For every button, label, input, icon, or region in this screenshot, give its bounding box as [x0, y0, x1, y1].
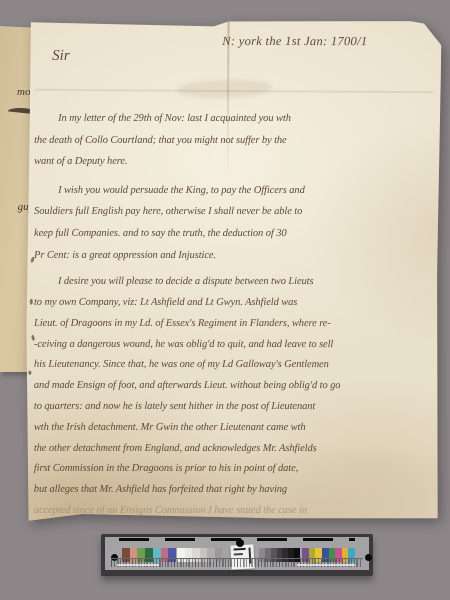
letter-line: want of a Deputy here.	[34, 156, 436, 178]
letter-line: accepted since of an Ensigns Commission …	[34, 505, 436, 526]
letter-line: -ceiving a dangerous wound, he was oblig…	[34, 338, 436, 359]
letter-paragraph: In my letter of the 29th of Nov: last I …	[34, 113, 436, 178]
letter-line: the other detachment from England, and a…	[34, 442, 436, 463]
letter-paragraph: I desire you will please to decide a dis…	[34, 276, 436, 526]
letter-dateline: N: york the 1st Jan: 1700/1	[222, 34, 367, 49]
letter-line: In my letter of the 29th of Nov: last I …	[34, 113, 436, 135]
bar-micro-text-left	[117, 564, 159, 566]
letter-line: I wish you would persuade the King, to p…	[34, 185, 436, 207]
letter-line: I desire you will please to decide a dis…	[34, 276, 436, 297]
letter-line: keep full Companies. and to say the trut…	[34, 228, 436, 250]
letter-line: wth the Irish detachment. Mr Gwin the ot…	[34, 422, 436, 443]
letter-line: Lieut. of Dragoons in my Ld. of Essex's …	[34, 318, 436, 339]
letter-handwriting: N: york the 1st Jan: 1700/1 Sir In my le…	[26, 20, 440, 522]
main-letter-sheet: N: york the 1st Jan: 1700/1 Sir In my le…	[26, 20, 440, 522]
letter-line: his Lieutenancy. Since that, he was one …	[34, 359, 436, 380]
letter-line: the death of Collo Courtland; that you m…	[34, 134, 436, 156]
letter-paper: N: york the 1st Jan: 1700/1 Sir In my le…	[24, 19, 441, 524]
letter-line: first Commission in the Dragoons is prio…	[34, 463, 436, 484]
letter-line: but alleges that Mr. Ashfield has forfei…	[34, 484, 436, 505]
manuscript-photo: montegeguynr: N: york the 1st Jan: 1700/…	[0, 0, 450, 600]
resolution-target-mark	[234, 553, 243, 555]
registration-dot	[236, 539, 244, 547]
calibration-bar-face	[105, 537, 369, 570]
letter-salutation: Sir	[52, 48, 70, 65]
screw-dot-right	[365, 554, 372, 561]
letter-line: Pr Cent: is a great oppression and Injus…	[34, 249, 436, 271]
letter-line: to quarters: and now he is lately sent h…	[34, 401, 436, 422]
bar-micro-text-right	[297, 564, 355, 566]
letter-paragraph: I wish you would persuade the King, to p…	[34, 185, 436, 272]
letter-line: and made Ensign of foot, and afterwards …	[34, 380, 436, 401]
calibration-bar	[101, 534, 373, 576]
letter-line: Souldiers full English pay here, otherwi…	[34, 206, 436, 228]
letter-body: In my letter of the 29th of Nov: last I …	[34, 113, 436, 526]
letter-line: to my own Company, viz: Lt Ashfield and …	[34, 297, 436, 318]
